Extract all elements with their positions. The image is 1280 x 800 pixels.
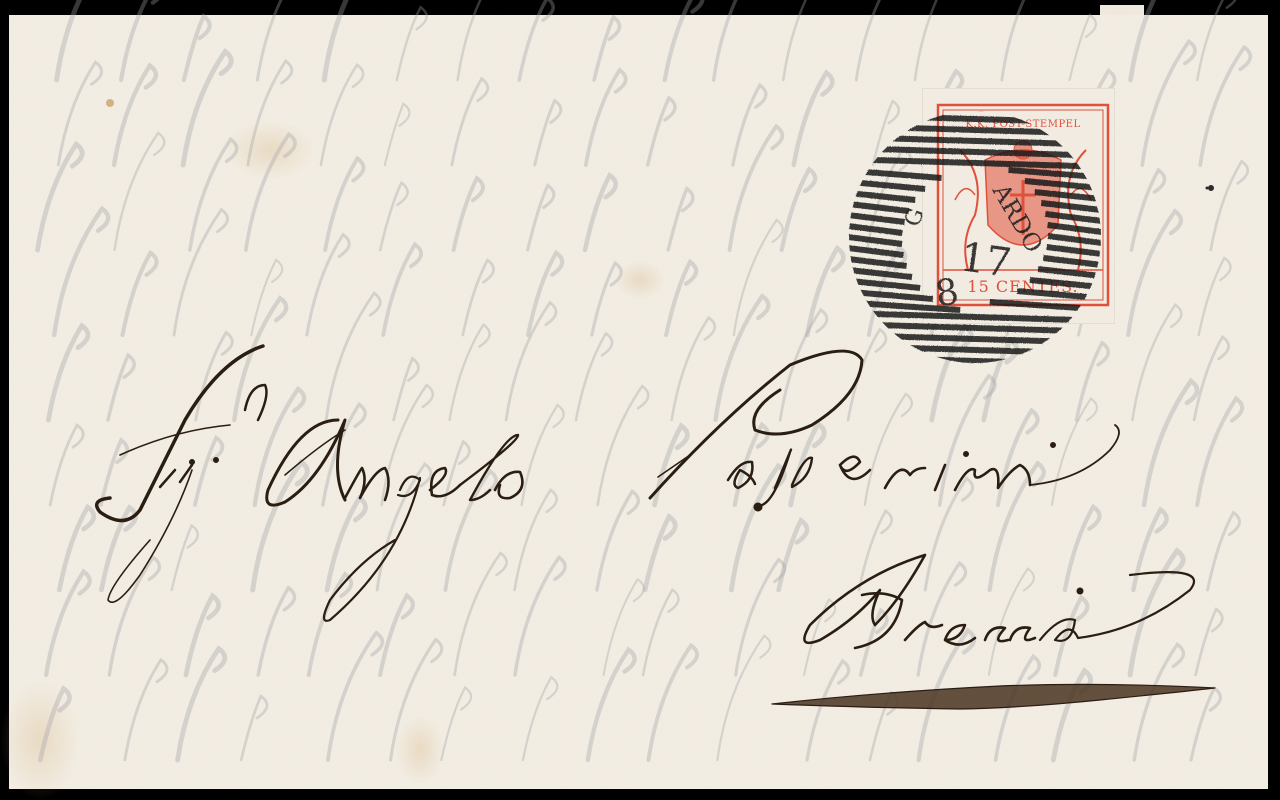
letter-cover-photo: K.K. POST-STEMPEL 15 CENTES. G ARDO 17 8 bbox=[0, 0, 1280, 800]
address-line-2: Brescia bbox=[0, 0, 61, 4]
postmark-day: 17 bbox=[957, 234, 1014, 287]
